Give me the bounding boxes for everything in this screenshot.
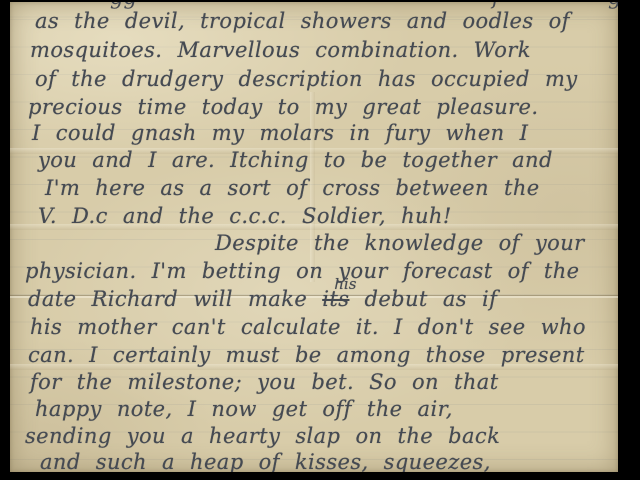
- corrected-word: its his: [322, 286, 349, 312]
- letter-page: gg f g as the devil, tropical showers an…: [10, 2, 618, 472]
- letter-line: for the milestone; you bet. So on that: [30, 369, 499, 395]
- letter-line: as the devil, tropical showers and oodle…: [35, 8, 570, 34]
- letter-line: V. D.c and the c.c.c. Soldier, huh!: [38, 203, 452, 229]
- letter-line: happy note, I now get off the air,: [35, 396, 453, 422]
- line-text: date Richard will make: [28, 287, 307, 311]
- inserted-word: his: [334, 271, 356, 297]
- letter-line-with-correction: date Richard will make its his debut as …: [28, 286, 497, 312]
- letter-line: physician. I'm betting on your forecast …: [25, 258, 580, 284]
- letter-line: I could gnash my molars in fury when I: [32, 120, 528, 146]
- letter-line: can. I certainly must be among those pre…: [28, 342, 585, 368]
- cutoff-line-fragment: g: [608, 2, 618, 9]
- letter-line: of the drudgery description has occupied…: [35, 66, 578, 92]
- scan-viewport: gg f g as the devil, tropical showers an…: [0, 0, 640, 480]
- letter-line: and such a heap of kisses, squeezes,: [40, 449, 491, 472]
- letter-line: Despite the knowledge of your: [215, 230, 585, 256]
- letter-line: I'm here as a sort of cross between the: [45, 175, 540, 201]
- line-text: debut as if: [364, 287, 497, 311]
- letter-line: you and I are. Itching to be together an…: [38, 147, 553, 173]
- letter-line: mosquitoes. Marvellous combination. Work: [30, 37, 531, 63]
- letter-line: sending you a hearty slap on the back: [25, 423, 500, 449]
- letter-line: precious time today to my great pleasure…: [28, 94, 538, 120]
- letter-line: his mother can't calculate it. I don't s…: [30, 314, 586, 340]
